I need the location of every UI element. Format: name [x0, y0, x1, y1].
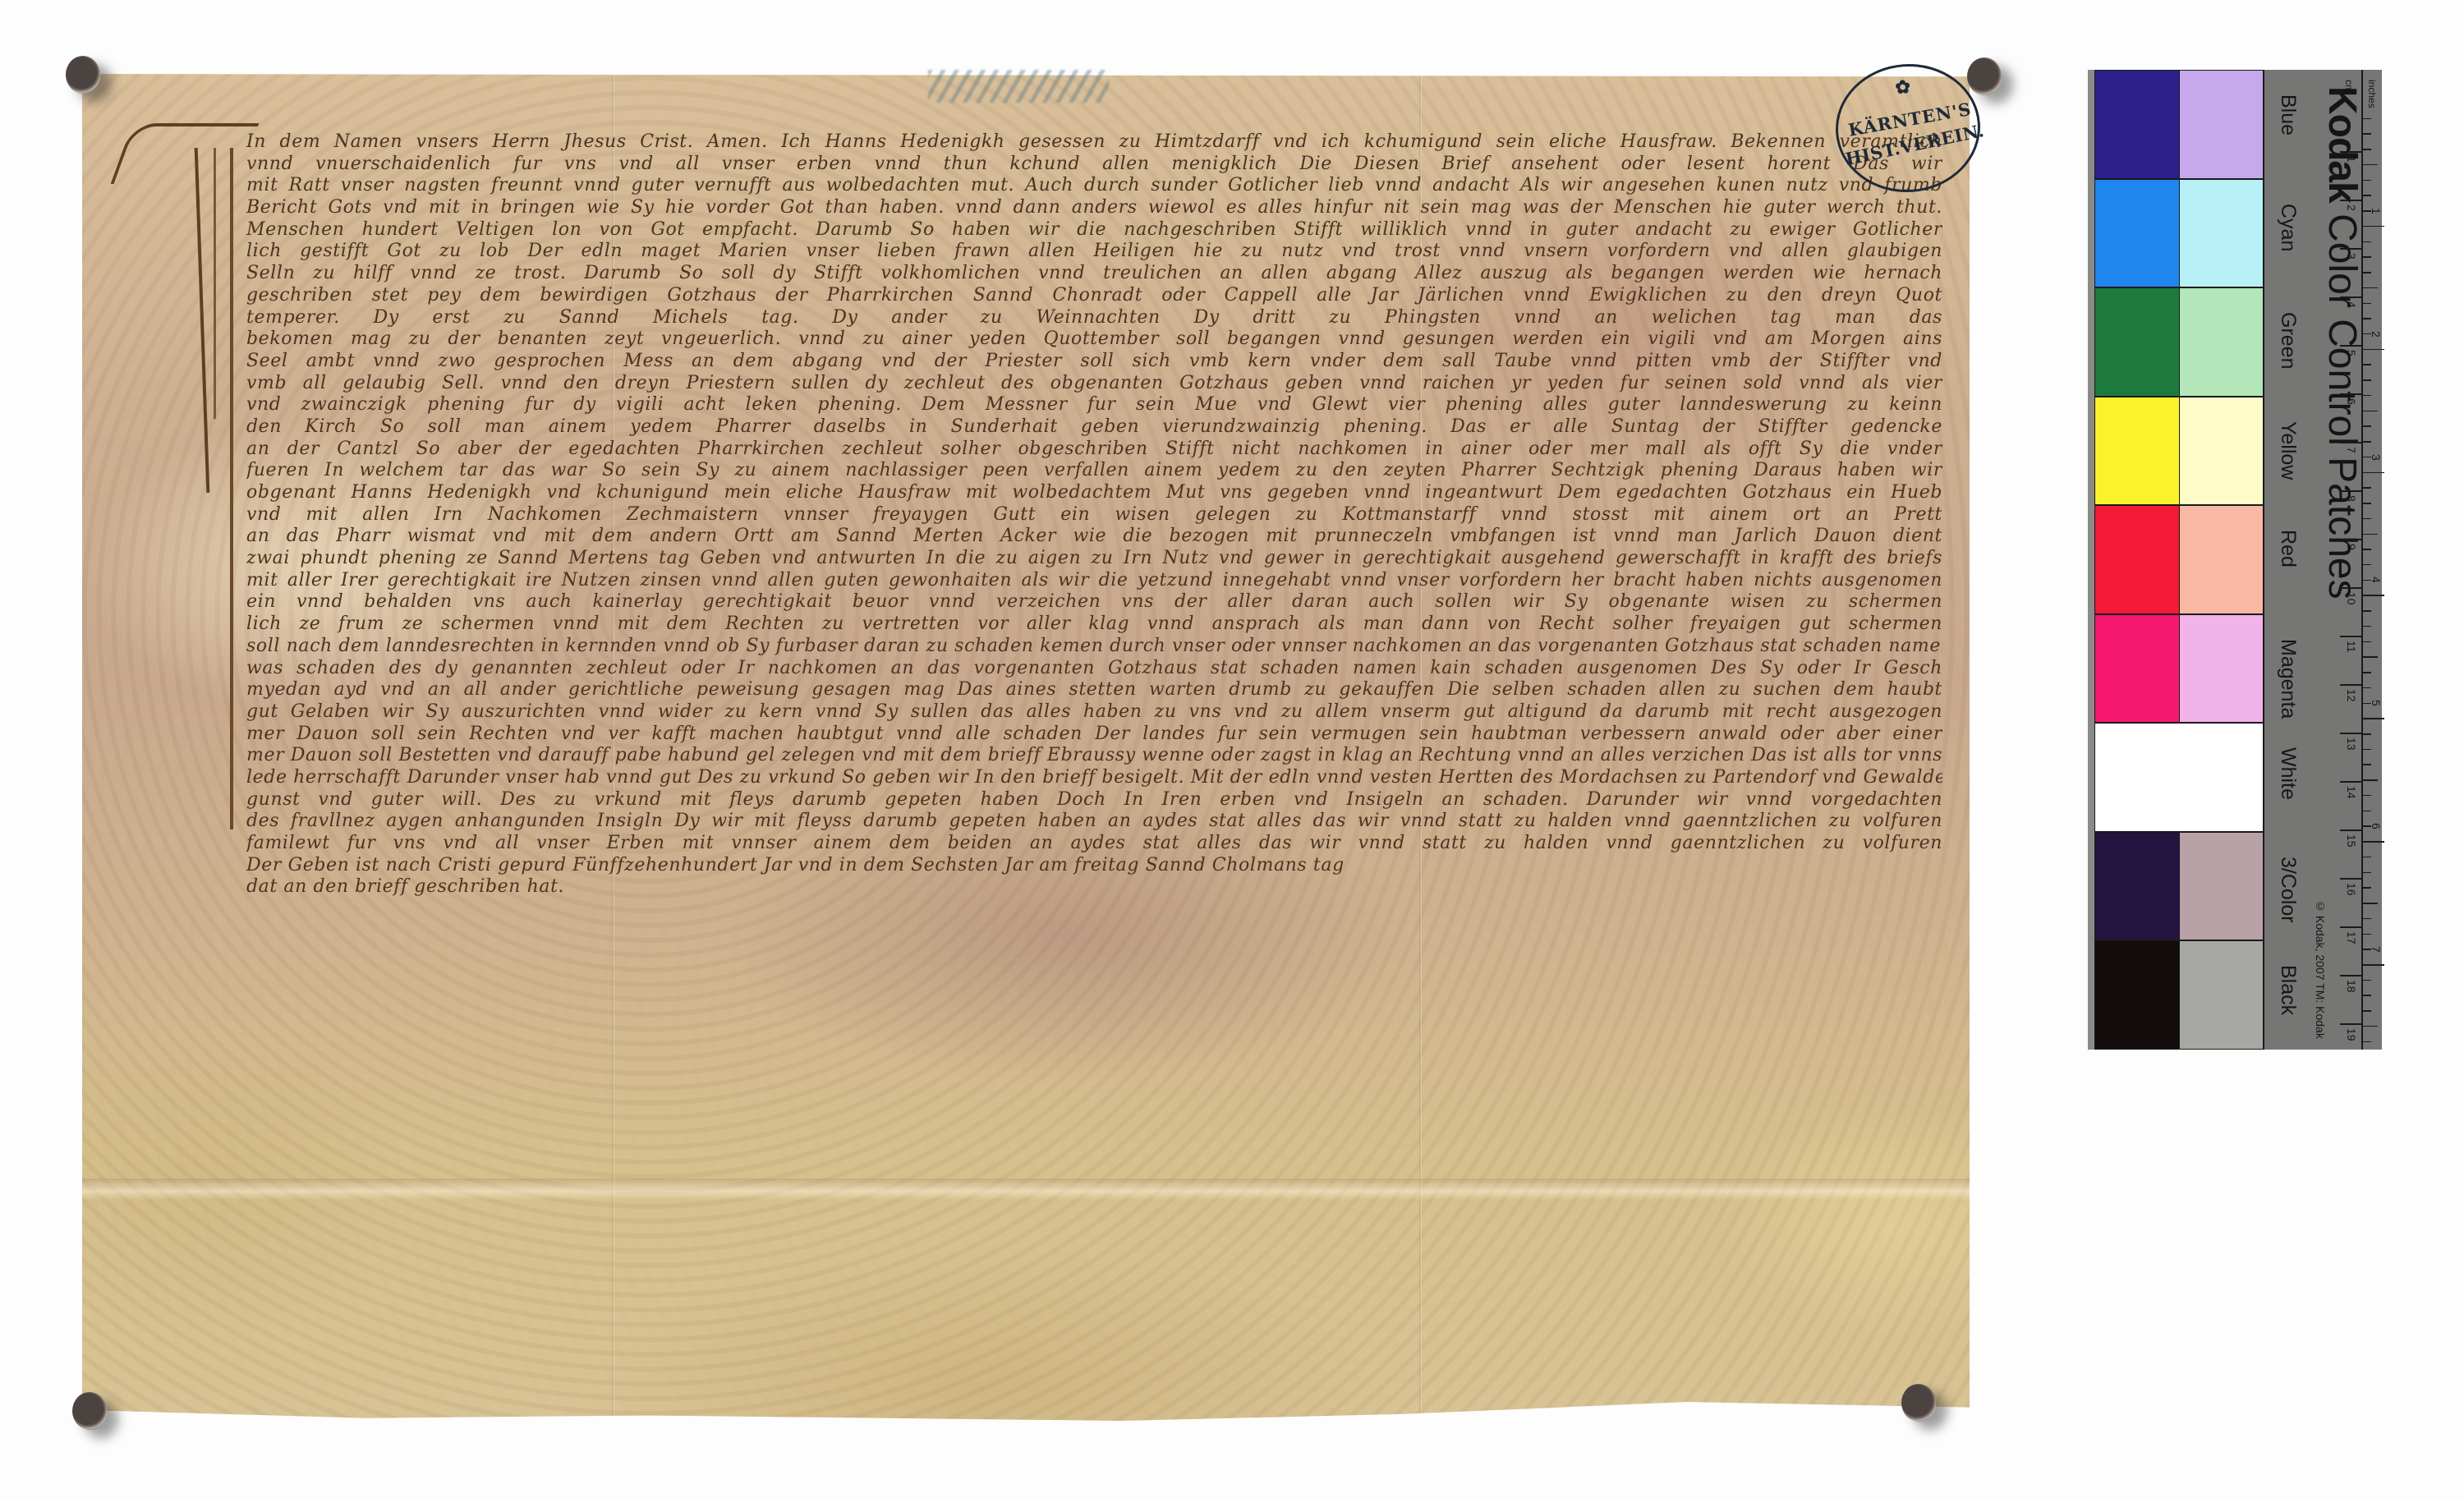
- copyright-text: © Kodak, 2007 TM: Kodak: [2314, 899, 2327, 1039]
- text-line: was schaden des dy genannten zechleut od…: [246, 658, 1942, 680]
- inch-tick: [2363, 672, 2371, 673]
- inch-tick: [2363, 733, 2371, 735]
- text-line: gunst vnd guter will. Des zu vrkund mit …: [246, 789, 1942, 811]
- patch-label: White: [2276, 747, 2300, 800]
- initial-stroke: [230, 148, 233, 829]
- patch-label: Magenta: [2276, 639, 2300, 719]
- inch-tick: [2363, 425, 2371, 427]
- cm-number: 5: [2345, 350, 2358, 356]
- horizontal-fold-line: [82, 1179, 1970, 1200]
- text-line: Seel ambt vnnd zwo gesprochen Mess an de…: [246, 351, 1942, 373]
- cm-number: 14: [2345, 786, 2358, 799]
- cm-number: 9: [2345, 544, 2358, 550]
- text-line: geschriben stet pey dem bewirdigen Gotzh…: [246, 285, 1942, 307]
- inch-tick: [2363, 903, 2378, 904]
- text-line: mer Dauon soll sein Rechten vnd ver kaff…: [246, 724, 1942, 746]
- patch-label: Yellow: [2276, 421, 2300, 480]
- inch-tick: [2363, 626, 2371, 627]
- inch-number: 3: [2370, 454, 2383, 461]
- text-line: mit Ratt vnser nagsten freunnt vnnd gute…: [246, 175, 1942, 197]
- cm-number: 3: [2345, 253, 2358, 260]
- inch-tick: [2363, 595, 2384, 596]
- cm-number: 19: [2345, 1028, 2358, 1041]
- inch-tick: [2363, 395, 2371, 397]
- inch-tick: [2363, 472, 2384, 474]
- cm-tick: [2340, 442, 2361, 443]
- patch-black-light: [2179, 940, 2264, 1050]
- inch-tick: [2363, 857, 2371, 858]
- text-line: an der Cantzl So aber der egedachten Pha…: [246, 439, 1942, 461]
- magnet-top-right: [1967, 57, 2002, 95]
- cm-tick: [2340, 296, 2361, 298]
- inch-number: 5: [2370, 700, 2383, 706]
- cm-tick: [2340, 490, 2361, 492]
- text-line: myedan ayd vnd an all ander gerichtliche…: [246, 679, 1942, 701]
- text-line: gut Gelaben wir Sy auszurichten vnnd wid…: [246, 701, 1942, 724]
- inch-tick: [2363, 349, 2384, 351]
- cm-number: 16: [2345, 883, 2358, 896]
- inch-unit-label: inches: [2366, 80, 2378, 108]
- cm-number: 8: [2345, 495, 2358, 502]
- cm-tick: [2340, 248, 2361, 250]
- inch-tick: [2363, 195, 2371, 196]
- card-title-text: Color Control Patches: [2320, 214, 2364, 600]
- cm-tick: [2340, 733, 2361, 734]
- cm-tick: [2340, 926, 2361, 928]
- text-line: lede herrschafft Darunder vnser hab vnnd…: [246, 767, 1942, 789]
- cm-tick: [2340, 878, 2361, 880]
- patch-red-light: [2179, 505, 2264, 614]
- cm-tick: [2340, 1023, 2361, 1025]
- decorated-initial: [122, 123, 261, 838]
- text-line: zwai phundt phening ze Sannd Mertens tag…: [246, 548, 1942, 570]
- text-line: Selln zu hilff vnnd ze trost. Darumb So …: [246, 263, 1942, 285]
- flower-ornament-icon: ✿: [1895, 76, 1911, 99]
- inch-tick: [2363, 303, 2371, 305]
- patch-label: Black: [2276, 965, 2300, 1015]
- text-line: temperer. Dy erst zu Sannd Michels tag. …: [246, 307, 1942, 329]
- patch-green-dark: [2094, 287, 2180, 397]
- card-title: Kodak Color Control Patches: [2332, 86, 2365, 825]
- inch-tick: [2363, 518, 2371, 520]
- text-line: lich ze frum ze schermen vnnd mit dem Re…: [246, 613, 1942, 636]
- inch-tick: [2363, 164, 2378, 166]
- text-line: bekomen mag zu der benanten zeyt vngeuer…: [246, 329, 1942, 351]
- patch-label: Cyan: [2276, 204, 2300, 251]
- initial-stroke: [195, 148, 210, 493]
- text-line: Menschen hundert Veltigen lon von Got em…: [246, 219, 1942, 241]
- patch-yellow-light: [2179, 397, 2264, 506]
- text-line: mit aller Irer gerechtigkait ire Nutzen …: [246, 570, 1942, 592]
- inch-tick: [2363, 564, 2371, 566]
- inch-tick: [2363, 811, 2371, 812]
- cm-number: 10: [2345, 592, 2358, 605]
- inch-tick: [2363, 149, 2371, 150]
- inch-tick: [2363, 656, 2378, 658]
- inch-tick: [2363, 641, 2371, 643]
- cm-tick: [2340, 345, 2361, 347]
- ruler: Kodak Color Control Patches © Kodak, 200…: [2263, 70, 2382, 1050]
- inch-tick: [2363, 226, 2384, 227]
- cm-tick: [2340, 829, 2361, 831]
- patch-magenta-dark: [2094, 614, 2180, 724]
- cm-number: 11: [2345, 641, 2358, 653]
- text-line: mer Dauon soll Bestetten vnd darauff pab…: [246, 745, 1942, 767]
- inch-tick: [2363, 610, 2371, 612]
- cm-tick: [2340, 587, 2361, 589]
- inch-tick: [2363, 441, 2371, 443]
- cm-number: 18: [2345, 980, 2358, 993]
- inch-tick: [2363, 687, 2371, 689]
- inch-tick: [2363, 379, 2371, 381]
- inch-number: 4: [2370, 577, 2383, 583]
- inch-number: 2: [2370, 331, 2383, 338]
- charter-text: In dem Namen vnsers Herrn Jhesus Crist. …: [246, 131, 1942, 898]
- text-line: In dem Namen vnsers Herrn Jhesus Crist. …: [246, 131, 1942, 154]
- text-line: fueren In welchem tar das war So sein Sy…: [246, 460, 1942, 482]
- inch-tick: [2363, 318, 2371, 319]
- patch-3-color-light: [2179, 832, 2264, 941]
- cm-number: 7: [2345, 447, 2358, 453]
- inch-tick: [2363, 1041, 2371, 1043]
- text-line: vmb all gelaubig Sell. vnnd den dreyn Pr…: [246, 373, 1942, 395]
- text-line: lich gestifft Got zu lob Der edln maget …: [246, 241, 1942, 263]
- cm-tick: [2340, 781, 2361, 783]
- inch-tick: [2363, 241, 2371, 243]
- inch-tick: [2363, 764, 2371, 765]
- initial-stroke: [214, 148, 216, 419]
- inch-scale: [2361, 70, 2385, 1050]
- inch-tick: [2363, 749, 2371, 751]
- inch-tick: [2363, 964, 2384, 966]
- patch-yellow-dark: [2094, 397, 2180, 506]
- patch-label: Red: [2276, 530, 2300, 567]
- magnet-bottom-left: [72, 1392, 107, 1430]
- inch-tick: [2363, 779, 2378, 781]
- patch-cyan-light: [2179, 179, 2264, 288]
- text-line: den Kirch So soll man ainem yedem Pharre…: [246, 416, 1942, 439]
- patch-label: 3/Color: [2276, 857, 2300, 923]
- kodak-logo: Kodak: [2320, 86, 2364, 203]
- patch-red-dark: [2094, 505, 2180, 614]
- patch-magenta-light: [2179, 614, 2264, 724]
- text-line: soll nach dem lanndesrechten in kernnden…: [246, 636, 1942, 658]
- magnet-top-left: [66, 56, 100, 94]
- inch-tick: [2363, 980, 2371, 981]
- patch-white: [2094, 723, 2264, 832]
- inch-tick: [2363, 1010, 2371, 1012]
- initial-flourish: [111, 123, 260, 184]
- inch-tick: [2363, 503, 2371, 504]
- inch-tick: [2363, 549, 2371, 550]
- text-line: Bericht Gots vnd mit in bringen wie Sy h…: [246, 197, 1942, 219]
- text-line: an das Pharr wismat vnd mit dem andern O…: [246, 526, 1942, 548]
- text-line: ein vnnd behalden vns auch kainerlay ger…: [246, 591, 1942, 613]
- patch-cyan-dark: [2094, 179, 2180, 288]
- inch-tick: [2363, 487, 2371, 489]
- cm-tick: [2340, 539, 2361, 540]
- inch-tick: [2363, 841, 2384, 843]
- inch-tick: [2363, 118, 2371, 120]
- cm-number: 13: [2345, 738, 2358, 751]
- cm-tick: [2340, 684, 2361, 686]
- text-line: vnd zwainczigk phening fur dy vigili ach…: [246, 394, 1942, 416]
- cm-number: 1: [2345, 156, 2358, 163]
- cm-tick: [2340, 975, 2361, 976]
- cm-unit-label: cm: [2343, 80, 2355, 93]
- cm-number: 12: [2345, 689, 2358, 702]
- inch-tick: [2363, 718, 2384, 719]
- inch-tick: [2363, 995, 2371, 996]
- cm-number: 17: [2345, 931, 2358, 944]
- patch-green-light: [2179, 287, 2264, 397]
- inch-tick: [2363, 887, 2371, 889]
- inch-tick: [2363, 180, 2371, 182]
- inch-number: 7: [2370, 946, 2383, 953]
- inch-tick: [2363, 918, 2371, 920]
- cm-number: 15: [2345, 834, 2358, 848]
- inch-tick: [2363, 795, 2371, 797]
- magnet-bottom-right: [1901, 1384, 1936, 1422]
- patch-blue-light: [2179, 70, 2264, 179]
- cm-number: 2: [2345, 204, 2358, 211]
- patch-blue-dark: [2094, 70, 2180, 179]
- cm-tick: [2340, 393, 2361, 395]
- patch-black-dark: [2094, 940, 2180, 1050]
- text-line: Der Geben ist nach Cristi gepurd Fünffze…: [246, 855, 1938, 877]
- text-line: familewt fur vns vnd all vnser Erben mit…: [246, 833, 1942, 855]
- text-line: dat an den brieff geschriben hat.: [246, 876, 706, 898]
- text-line: vnd mit allen Irn Nachkomen Zechmaistern…: [246, 504, 1942, 526]
- inch-tick: [2363, 534, 2378, 535]
- patch-label: Green: [2276, 312, 2300, 369]
- inch-tick: [2363, 256, 2371, 258]
- inch-tick: [2363, 411, 2378, 412]
- inch-tick: [2363, 287, 2378, 289]
- cm-number: 6: [2345, 398, 2358, 405]
- pencil-archive-note: [928, 70, 1109, 103]
- text-line: obgenant Hanns Hedenigkh vnd kchunigund …: [246, 482, 1942, 504]
- kodak-color-card: Kodak Color Control Patches © Kodak, 200…: [2088, 70, 2382, 1050]
- text-line: vnnd vnuerschaidenlich fur vns vnd all v…: [246, 154, 1942, 176]
- inch-tick: [2363, 364, 2371, 365]
- inch-tick: [2363, 872, 2371, 874]
- cm-tick: [2340, 636, 2361, 637]
- inch-tick: [2363, 1026, 2378, 1027]
- cm-number: 4: [2345, 301, 2358, 308]
- inch-number: 6: [2370, 823, 2383, 829]
- inch-tick: [2363, 272, 2371, 273]
- text-line: des fravllnez aygen anhangunden Insigln …: [246, 811, 1942, 833]
- cm-tick: [2340, 151, 2361, 153]
- cm-tick: [2340, 200, 2361, 201]
- inch-number: 1: [2370, 208, 2383, 214]
- patch-label: Blue: [2276, 94, 2300, 136]
- inch-tick: [2363, 133, 2371, 135]
- patch-3-color-dark: [2094, 832, 2180, 941]
- inch-tick: [2363, 934, 2371, 935]
